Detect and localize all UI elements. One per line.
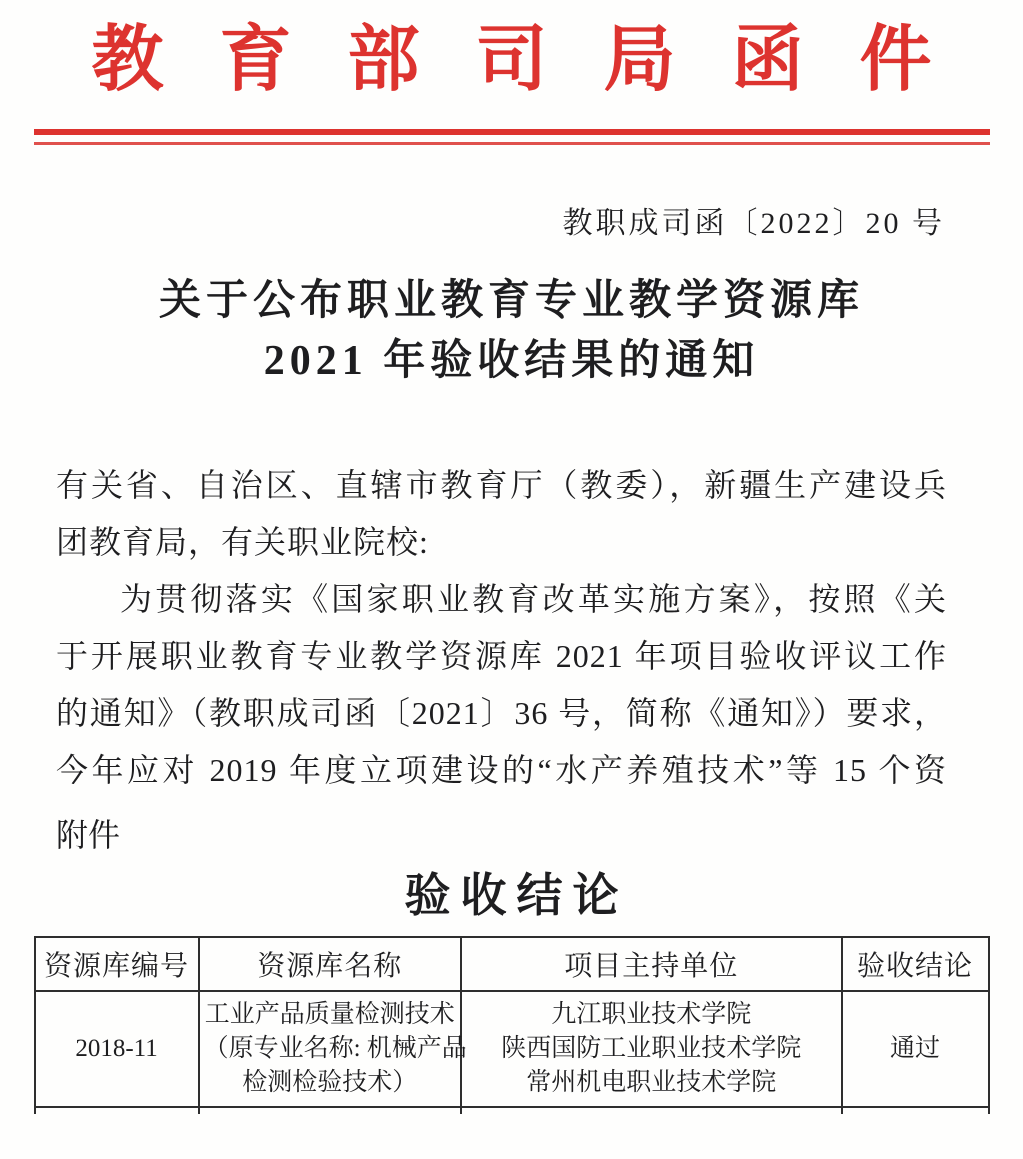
repo-name-line: 工业产品质量检测技术 [204,998,456,1032]
body-line-salutation-1: 有关省、自治区、直辖市教育厅（教委），新疆生产建设兵 [56,457,947,514]
host-unit-line: 九江职业技术学院 [466,998,837,1032]
cell-host-units: 九江职业技术学院 陕西国防工业职业技术学院 常州机电职业技术学院 [461,991,842,1107]
header-cell-result: 验收结论 [842,937,989,991]
table-row: 2018-11 工业产品质量检测技术 （原专业名称: 机械产品 检测检验技术） … [35,991,989,1107]
host-unit-line: 常州机电职业技术学院 [466,1066,837,1100]
letterhead-title: 教育部司局函件 [0,0,1023,103]
host-unit-line: 陕西国防工业职业技术学院 [466,1032,837,1066]
letterhead-rule-thin [34,142,990,145]
letterhead-rule-thick [34,129,990,135]
body-line-paragraph-1: 为贯彻落实《国家职业教育改革实施方案》，按照《关 [56,571,947,628]
attachment-title: 验收结论 [0,868,1023,924]
repo-name-line: 检测检验技术） [204,1066,456,1100]
notice-title: 关于公布职业教育专业教学资源库 2021 年验收结果的通知 [0,271,1023,391]
body-line-paragraph-4: 今年应对 2019 年度立项建设的“水产养殖技术”等 15 个资 [56,742,947,799]
document-page: 教育部司局函件 教职成司函〔2022〕20 号 关于公布职业教育专业教学资源库 … [0,0,1023,1159]
notice-title-line2: 2021 年验收结果的通知 [0,331,1023,391]
notice-body: 有关省、自治区、直辖市教育厅（教委），新疆生产建设兵 团教育局，有关职业院校: … [0,457,1023,799]
body-line-salutation-2: 团教育局，有关职业院校: [56,514,947,571]
cell-repo-name: 工业产品质量检测技术 （原专业名称: 机械产品 检测检验技术） [199,991,461,1107]
header-cell-host-units: 项目主持单位 [461,937,842,991]
cell-result: 通过 [842,991,989,1107]
header-cell-repo-name: 资源库名称 [199,937,461,991]
body-line-paragraph-3: 的通知》（教职成司函〔2021〕36 号，简称《通知》）要求， [56,685,947,742]
body-line-paragraph-2: 于开展职业教育专业教学资源库 2021 年项目验收评议工作 [56,628,947,685]
notice-title-line1: 关于公布职业教育专业教学资源库 [0,271,1023,331]
header-cell-repo-id: 资源库编号 [35,937,199,991]
attachment-label: 附件 [0,807,1023,864]
repo-name-line: （原专业名称: 机械产品 [204,1032,456,1066]
table-header-row: 资源库编号 资源库名称 项目主持单位 验收结论 [35,937,989,991]
cell-repo-id: 2018-11 [35,991,199,1107]
doc-number: 教职成司函〔2022〕20 号 [0,203,1023,245]
table-row-cutoff [35,1107,989,1114]
acceptance-results-table: 资源库编号 资源库名称 项目主持单位 验收结论 2018-11 工业产品质量检测… [34,936,990,1114]
